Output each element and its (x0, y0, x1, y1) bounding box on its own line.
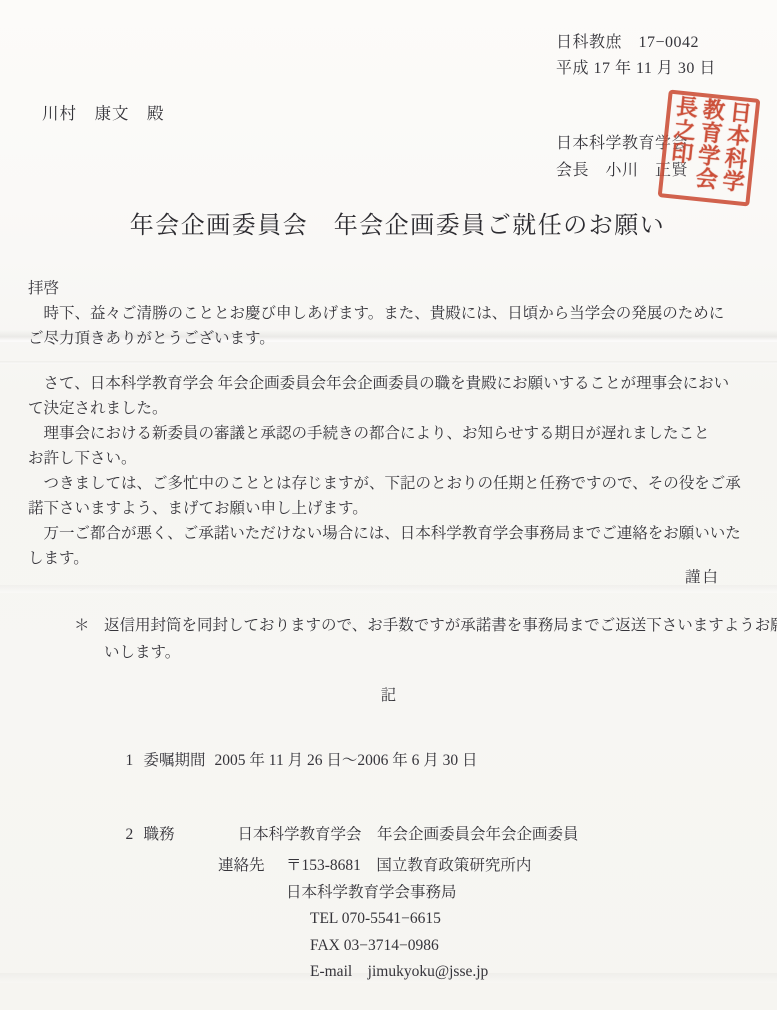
body-line: さて、日本科学教育学会 年会企画委員会年会企画委員の職を貴殿にお願いすることが理… (28, 371, 720, 396)
body-line: 時下、益々ご清勝のこととお慶び申しあげます。また、貴殿には、日頃から当学会の発展… (28, 301, 720, 326)
contact-label: 連絡先 (218, 853, 286, 880)
record-item-term: 1委嘱期間2005 年 11 月 26 日～2006 年 6 月 30 日 (110, 730, 477, 788)
item-label: 職務 (144, 826, 175, 843)
contact-fax: FAX 03−3714−0986 (310, 933, 531, 960)
document-date: 平成 17 年 11 月 30 日 (556, 56, 716, 82)
body-line: て決定されました。 (28, 396, 720, 421)
closing-word: 謹白 (28, 565, 720, 587)
paragraph-gap (28, 351, 720, 371)
salutation: 拝啓 (28, 276, 720, 301)
letterhead-block: 日科教庶 17−0042 平成 17 年 11 月 30 日 (556, 30, 716, 82)
contact-email: E-mail jimukyoku@jsse.jp (310, 959, 531, 986)
scanned-letter-page: 日科教庶 17−0042 平成 17 年 11 月 30 日 川村 康文 殿 日… (0, 0, 777, 1010)
letter-body: 拝啓 時下、益々ご清勝のこととお慶び申しあげます。また、貴殿には、日頃から当学会… (28, 276, 720, 571)
contact-address-row: 連絡先 〒153-8681 国立教育政策研究所内 (218, 853, 531, 880)
note-line: いします。 (104, 639, 777, 666)
body-line: 諾下さいますよう、まげてお願い申し上げます。 (28, 496, 720, 521)
contact-postal-address: 〒153-8681 国立教育政策研究所内 (286, 853, 531, 880)
note-line: 返信用封筒を同封しておりますので、お手数ですが承諾書を事務局までご返送下さいます… (104, 612, 777, 639)
body-line: ご尽力頂きありがとうございます。 (28, 326, 720, 351)
addressee-name: 川村 康文 殿 (42, 100, 165, 124)
document-ref-number: 日科教庶 17−0042 (556, 30, 716, 56)
body-line: お許し下さい。 (28, 446, 720, 471)
body-line: 理事会における新委員の審議と承認の手続きの都合により、お知らせする期日が遅れまし… (28, 421, 720, 446)
item-value: 2005 年 11 月 26 日～2006 年 6 月 30 日 (215, 752, 478, 769)
contact-office-name: 日本科学教育学会事務局 (286, 880, 531, 907)
enclosure-note: ＊ 返信用封筒を同封しておりますので、お手数ですが承諾書を事務局までご返送下さい… (74, 612, 734, 666)
official-red-seal: 日本科学教育学会長之印 (658, 89, 761, 206)
body-line: 万一ご都合が悪く、ご承諾いただけない場合には、日本科学教育学会事務局までご連絡を… (28, 521, 720, 546)
item-label: 委嘱期間 (144, 752, 206, 769)
contact-block: 連絡先 〒153-8681 国立教育政策研究所内 日本科学教育学会事務局 TEL… (218, 853, 531, 986)
item-value: 日本科学教育学会 年会企画委員会年会企画委員 (238, 826, 579, 843)
item-number: 2 (126, 826, 144, 844)
body-line: つきましては、ご多忙中のこととは存じますが、下記のとおりの任期と任務ですので、そ… (28, 471, 720, 496)
asterisk-marker: ＊ (74, 612, 104, 666)
note-text: 返信用封筒を同封しておりますので、お手数ですが承諾書を事務局までご返送下さいます… (104, 612, 777, 666)
item-number: 1 (126, 752, 144, 770)
contact-tel: TEL 070-5541−6615 (310, 906, 531, 933)
letter-title: 年会企画委員会 年会企画委員ご就任のお願い (0, 205, 777, 240)
seal-text: 日本科学教育学会長之印 (663, 94, 754, 202)
record-heading: 記 (0, 683, 777, 705)
